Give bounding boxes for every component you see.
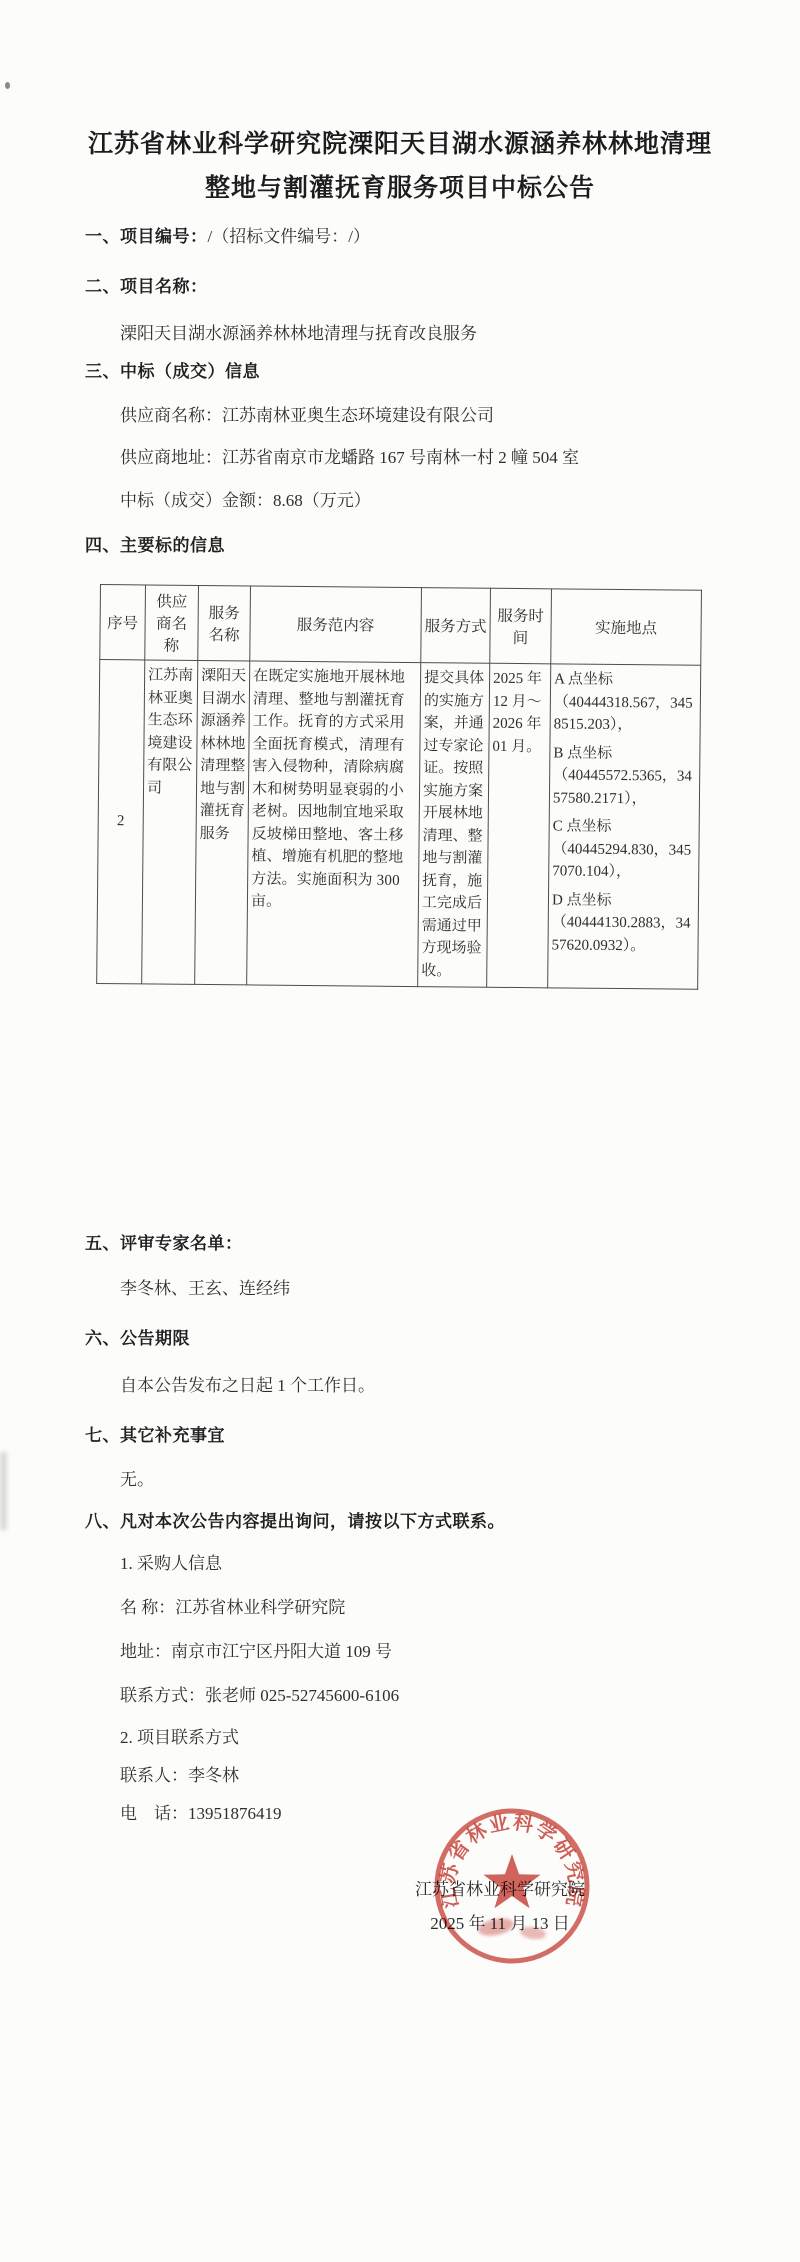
award-info-table: 序号 供应商名称 服务名称 服务范内容 服务方式 服务时间 实施地点 2 江苏南… [96, 584, 702, 990]
column-header-index: 序号 [100, 585, 146, 660]
table-header-row: 序号 供应商名称 服务名称 服务范内容 服务方式 服务时间 实施地点 [100, 585, 702, 666]
section-3-heading: 三、中标（成交）信息 [85, 359, 260, 385]
section-2-heading: 二、项目名称： [85, 274, 208, 300]
purchaser-contact-line: 联系方式：张老师 025-52745600-6106 [120, 1684, 399, 1708]
location-b-coords: （40445572.5365，3457580.2171）， [553, 764, 696, 810]
purchaser-contact-value: 张老师 025-52745600-6106 [205, 1686, 399, 1705]
purchaser-address-value: 南京市江宁区丹阳大道 109 号 [171, 1642, 392, 1661]
purchaser-address-label: 地址： [120, 1642, 171, 1661]
expert-list: 李冬林、王玄、连经纬 [120, 1277, 290, 1301]
purchaser-name-label: 名 称： [120, 1598, 175, 1617]
document-title-line2: 整地与割灌抚育服务项目中标公告 [0, 172, 800, 204]
document-title-line1: 江苏省林业科学研究院溧阳天目湖水源涵养林林地清理 [0, 128, 800, 160]
cell-service-mode: 提交具体的实施方案，并通过专家论证。按照实施方案开展林地清理、整地与割灌抚育，施… [418, 663, 490, 988]
supplier-name-label: 供应商名称： [120, 406, 222, 425]
cell-service-time: 2025 年 12 月～2026 年 01 月。 [487, 663, 551, 988]
column-header-service-time: 服务时间 [490, 588, 552, 664]
scanned-announcement-page: 江苏省林业科学研究院溧阳天目湖水源涵养林林地清理 整地与割灌抚育服务项目中标公告… [0, 0, 800, 2262]
project-contact-person-line: 联系人：李冬林 [120, 1764, 239, 1788]
supplier-name-value: 江苏南林亚奥生态环境建设有限公司 [222, 406, 494, 425]
location-c-coords: （40445294.830，3457070.104）， [552, 838, 695, 884]
column-header-location: 实施地点 [551, 589, 702, 665]
location-d-label: D 点坐标 [552, 889, 695, 913]
seal-star-icon [484, 1854, 541, 1908]
project-contact-person-label: 联系人： [120, 1766, 188, 1785]
seal-smudge [519, 1925, 546, 1941]
column-header-supplier: 供应商名称 [145, 585, 199, 661]
location-a-coords: （40444318.567，3458515.203）， [554, 691, 697, 737]
table-row: 2 江苏南林亚奥生态环境建设有限公司 溧阳天目湖水源涵养林林地清理整地与割灌抚育… [97, 660, 701, 990]
purchaser-name-value: 江苏省林业科学研究院 [175, 1598, 345, 1617]
supplier-address-value: 江苏省南京市龙蟠路 167 号南林一村 2 幢 504 室 [222, 448, 579, 467]
location-c-label: C 点坐标 [553, 815, 696, 839]
cell-location: A 点坐标 （40444318.567，3458515.203）， B 点坐标 … [548, 664, 701, 989]
location-b-label: B 点坐标 [553, 742, 696, 766]
award-amount-label: 中标（成交）金额： [120, 491, 273, 510]
award-amount-line: 中标（成交）金额：8.68（万元） [120, 489, 371, 513]
project-contact-title: 2. 项目联系方式 [120, 1726, 239, 1750]
section-8-heading: 八、凡对本次公告内容提出询问，请按以下方式联系。 [85, 1509, 505, 1535]
location-c: C 点坐标 （40445294.830，3457070.104）， [552, 815, 696, 884]
project-contact-phone-label: 电 话： [120, 1804, 188, 1823]
section-1-value: /（招标文件编号：/） [208, 227, 370, 246]
column-header-service-name: 服务名称 [198, 585, 251, 660]
supplier-name-line: 供应商名称：江苏南林亚奥生态环境建设有限公司 [120, 404, 494, 428]
supplementary-note: 无。 [120, 1468, 154, 1492]
column-header-service-content: 服务范内容 [250, 586, 422, 663]
project-contact-person-value: 李冬林 [188, 1766, 239, 1785]
location-d: D 点坐标 （40444130.2883，3457620.0932）。 [551, 889, 695, 958]
section-6-heading: 六、公告期限 [85, 1326, 190, 1352]
supplier-address-line: 供应商地址：江苏省南京市龙蟠路 167 号南林一村 2 幢 504 室 [120, 446, 579, 470]
purchaser-contact-label: 联系方式： [120, 1686, 205, 1705]
purchaser-name-line: 名 称：江苏省林业科学研究院 [120, 1596, 345, 1620]
location-a-label: A 点坐标 [554, 668, 697, 692]
cell-index: 2 [97, 660, 145, 984]
award-amount-value: 8.68（万元） [273, 491, 371, 510]
purchaser-address-line: 地址：南京市江宁区丹阳大道 109 号 [120, 1640, 392, 1664]
section-5-heading: 五、评审专家名单： [85, 1231, 243, 1257]
cell-supplier: 江苏南林亚奥生态环境建设有限公司 [142, 660, 198, 984]
section-1-project-number: 一、项目编号：/（招标文件编号：/） [85, 224, 370, 250]
supplier-address-label: 供应商地址： [120, 448, 222, 467]
announcement-period: 自本公告发布之日起 1 个工作日。 [120, 1374, 375, 1398]
location-b: B 点坐标 （40445572.5365，3457580.2171）， [553, 742, 697, 811]
section-1-heading: 一、项目编号： [85, 227, 208, 246]
column-header-service-mode: 服务方式 [421, 588, 491, 664]
location-a: A 点坐标 （40444318.567，3458515.203）， [554, 668, 698, 737]
purchaser-info-title: 1. 采购人信息 [120, 1552, 222, 1576]
seal-smudge [477, 1915, 516, 1938]
section-7-heading: 七、其它补充事宜 [85, 1423, 225, 1449]
official-seal: 江苏省林业科学研究院 [432, 1806, 592, 1966]
project-contact-phone-line: 电 话：13951876419 [120, 1802, 282, 1826]
scan-artifact-smudge [0, 1452, 7, 1530]
cell-service-name: 溧阳天目湖水源涵养林林地清理整地与割灌抚育服务 [195, 660, 250, 984]
scan-artifact-dot [5, 82, 10, 89]
section-4-heading: 四、主要标的信息 [85, 533, 225, 559]
project-name: 溧阳天目湖水源涵养林林地清理与抚育改良服务 [120, 322, 477, 346]
project-contact-phone-value: 13951876419 [188, 1804, 282, 1823]
location-d-coords: （40444130.2883，3457620.0932）。 [551, 911, 694, 957]
cell-service-content: 在既定实施地开展林地清理、整地与割灌抚育工作。抚育的方式采用全面抚育模式，清理有… [247, 661, 421, 987]
